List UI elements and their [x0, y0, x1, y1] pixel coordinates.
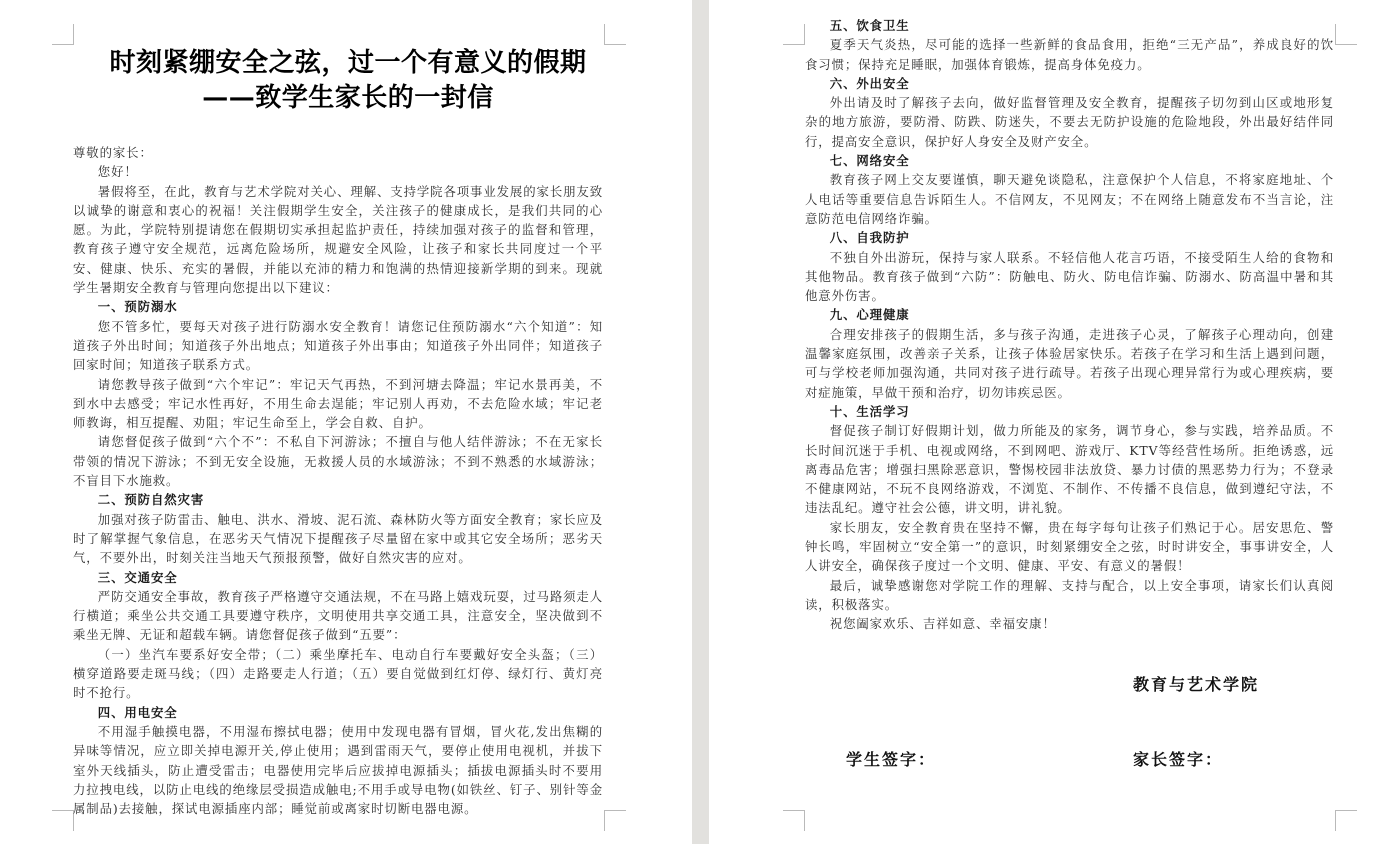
section-paragraph: 外出请及时了解孩子去向，做好监督管理及安全教育，提醒孩子切勿到山区或地形复杂的地…	[805, 93, 1334, 151]
closing-paragraph: 最后，诚挚感谢您对学院工作的理解、支持与配合，以上安全事项，请家长们认真阅读，积…	[805, 576, 1334, 615]
section-paragraph: 您不管多忙，要每天对孩子进行防溺水安全教育！请您记住预防溺水“六个知道”：知道孩…	[73, 317, 603, 375]
intro-paragraph: 暑假将至，在此，教育与艺术学院对关心、理解、支持学院各项事业发展的家长朋友致以诚…	[73, 182, 603, 298]
page-gutter	[692, 0, 709, 844]
section-paragraph: 夏季天气炎热，尽可能的选择一些新鲜的食品食用，拒绝“三无产品”，养成良好的饮食习…	[805, 35, 1334, 74]
page-corner-mark	[52, 24, 74, 45]
page-corner-mark	[1335, 810, 1357, 831]
section-paragraph: 请您督促孩子做到“六个不”：不私自下河游泳；不擅自与他人结伴游泳；不在无家长带领…	[73, 432, 603, 490]
section-paragraph: 严防交通安全事故，教育孩子严格遵守交通法规，不在马路上嬉戏玩耍，过马路须走人行横…	[73, 587, 603, 645]
document-title: 时刻紧绷安全之弦，过一个有意义的假期	[60, 46, 636, 80]
section-heading: 五、饮食卫生	[805, 16, 1334, 35]
section-heading: 七、网络安全	[805, 151, 1334, 170]
section-heading: 六、外出安全	[805, 74, 1334, 93]
signature-organization: 教育与艺术学院	[1133, 672, 1259, 695]
section-heading: 三、交通安全	[73, 568, 603, 587]
page-corner-mark	[783, 24, 805, 45]
section-paragraph: 不用湿手触摸电器，不用湿布擦拭电器；使用中发现电器有冒烟，冒火花,发出焦糊的异味…	[73, 722, 603, 818]
section-paragraph: 教育孩子网上交友要谨慎，聊天避免谈隐私，注意保护个人信息，不将家庭地址、个人电话…	[805, 170, 1334, 228]
section-heading: 一、预防溺水	[73, 297, 603, 316]
section-paragraph: 不独自外出游玩，保持与家人联系。不轻信他人花言巧语，不接受陌生人给的食物和其他物…	[805, 248, 1334, 306]
section-paragraph: （一）坐汽车要系好安全带；（二）乘坐摩托车、电动自行车要戴好安全头盔；（三）横穿…	[73, 645, 603, 703]
section-paragraph: 加强对孩子防雷击、触电、洪水、滑坡、泥石流、森林防火等方面安全教育；家长应及时了…	[73, 510, 603, 568]
letter-body-page-2: 五、饮食卫生 夏季天气炎热，尽可能的选择一些新鲜的食品食用，拒绝“三无产品”，养…	[805, 16, 1334, 634]
closing-paragraph: 家长朋友，安全教育贵在坚持不懈，贵在每字每句让孩子们熟记于心。居安思危、警钟长鸣…	[805, 518, 1334, 576]
page-corner-mark	[783, 810, 805, 831]
section-paragraph: 督促孩子制订好假期计划，做力所能及的家务，调节身心，参与实践，培养品质。不长时间…	[805, 421, 1334, 517]
document-subtitle: ——致学生家长的一封信	[60, 81, 636, 115]
parent-signature-label: 家长签字：	[1133, 747, 1223, 770]
salutation: 尊敬的家长：	[73, 143, 603, 162]
document-page-1: 时刻紧绷安全之弦，过一个有意义的假期 ——致学生家长的一封信 尊敬的家长： 您好…	[0, 0, 692, 844]
document-page-2: 五、饮食卫生 夏季天气炎热，尽可能的选择一些新鲜的食品食用，拒绝“三无产品”，养…	[709, 0, 1387, 844]
section-paragraph: 合理安排孩子的假期生活，多与孩子沟通，走进孩子心灵，了解孩子心理动向，创建温馨家…	[805, 325, 1334, 402]
letter-body-page-1: 尊敬的家长： 您好！ 暑假将至，在此，教育与艺术学院对关心、理解、支持学院各项事…	[73, 143, 603, 818]
student-signature-label: 学生签字：	[846, 747, 936, 770]
page-corner-mark	[604, 24, 626, 45]
page-corner-mark	[52, 810, 74, 831]
page-corner-mark	[604, 810, 626, 831]
page-corner-mark	[1335, 24, 1357, 45]
closing-wishes: 祝您阖家欢乐、吉祥如意、幸福安康！	[805, 614, 1334, 633]
section-heading: 二、预防自然灾害	[73, 490, 603, 509]
section-heading: 四、用电安全	[73, 703, 603, 722]
greeting: 您好！	[73, 162, 603, 181]
section-heading: 八、自我防护	[805, 228, 1334, 247]
section-paragraph: 请您教导孩子做到“六个牢记”：牢记天气再热，不到河塘去降温；牢记水景再美，不到水…	[73, 375, 603, 433]
section-heading: 九、心理健康	[805, 305, 1334, 324]
section-heading: 十、生活学习	[805, 402, 1334, 421]
